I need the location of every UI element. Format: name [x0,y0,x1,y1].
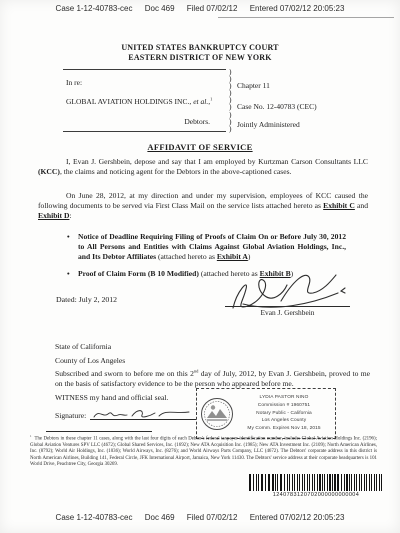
jointly-administered-label: Jointly Administered [237,120,300,129]
notary-name: LYDIA PASTOR NINO [236,394,332,402]
paragraph-1: I, Evan J. Gershbein, depose and say tha… [38,157,368,177]
notary-expiry: My Comm. Expires Nov 18, 2015 [236,425,332,433]
caption-parentheses-column: ) ) ) ) ) ) ) ) ) [229,68,232,132]
footnote-separator [46,431,152,432]
case-caption: In re: GLOBAL AVIATION HOLDINGS INC.,et … [63,69,353,133]
court-heading: UNITED STATES BANKRUPTCY COURT EASTERN D… [0,43,400,62]
stamp-case: Case 1-12-40783-cec [56,513,133,522]
barcode-bars [240,474,392,491]
stamp-doc: Doc 469 [145,513,175,522]
notary-stamp-text: LYDIA PASTOR NINO Commission # 1960751 N… [236,394,332,433]
stamp-entered: Entered 07/02/12 20:05:23 [250,4,345,13]
exhibit-d-reference: Exhibit D [38,211,69,220]
notary-signature-line [90,406,196,420]
dated-line: Dated: July 2, 2012 [56,295,117,304]
paragraph-2: On June 28, 2012, at my direction and un… [38,191,368,222]
ecf-stamp-bottom: Case 1-12-40783-cec Doc 469 Filed 07/02/… [0,513,400,522]
document-title: AFFIDAVIT OF SERVICE [0,142,400,152]
court-name: UNITED STATES BANKRUPTCY COURT [0,43,400,53]
witness-line: WITNESS my hand and official seal. [55,393,168,402]
sworn-statement: Subscribed and sworn to before me on thi… [55,369,370,389]
signature-label: Signature: [55,411,86,420]
affidavit-of-service-page: Case 1-12-40783-cec Doc 469 Filed 07/02/… [0,0,400,533]
exhibit-c-reference: Exhibit C [323,201,355,210]
caption-footnote-ref: 1 [210,97,212,102]
stamp-filed: Filed 07/02/12 [187,513,238,522]
bullet-item-notice-of-deadline: Notice of Deadline Requiring Filing of P… [78,232,346,261]
notary-stamp-box: LYDIA PASTOR NINO Commission # 1960751 N… [196,388,336,439]
court-district: EASTERN DISTRICT OF NEW YORK [0,53,400,63]
ecf-stamp-top: Case 1-12-40783-cec Doc 469 Filed 07/02/… [0,4,400,13]
case-number-label: Case No. 12-40783 (CEC) [237,102,317,111]
stamp-filed: Filed 07/02/12 [187,4,238,13]
caption-left-column: In re: GLOBAL AVIATION HOLDINGS INC.,et … [63,69,226,132]
barcode-number: 1240783120702000000000004 [240,492,392,498]
notary-county: Los Angeles County [236,417,332,425]
scan-artifact-line [218,17,394,18]
county-line: County of Los Angeles [55,356,125,365]
signer-name: Evan J. Gershbein [225,308,350,317]
caption-debtor-name: GLOBAL AVIATION HOLDINGS INC.,et al.,1 [66,97,212,106]
notary-commission: Commission # 1960751 [236,402,332,410]
barcode: 1240783120702000000000004 [240,474,392,498]
signer-signature-block: Evan J. Gershbein [225,271,350,317]
stamp-case: Case 1-12-40783-cec [56,4,133,13]
notary-signature-row: Signature: [55,406,196,420]
in-re-label: In re: [66,78,82,87]
exhibit-a-reference: Exhibit A [217,252,248,261]
stamp-entered: Entered 07/02/12 20:05:23 [250,513,345,522]
footnote-ref: 1 [30,434,31,438]
notary-title: Notary Public - California [236,410,332,418]
notary-signature-icon [90,406,194,422]
california-state-seal-icon [200,397,234,431]
state-line: State of California [55,342,111,351]
stamp-doc: Doc 469 [145,4,175,13]
debtors-label: Debtors. [184,117,210,126]
footnote: 1The Debtors in these chapter 11 cases, … [30,436,377,469]
chapter-label: Chapter 11 [237,81,270,90]
